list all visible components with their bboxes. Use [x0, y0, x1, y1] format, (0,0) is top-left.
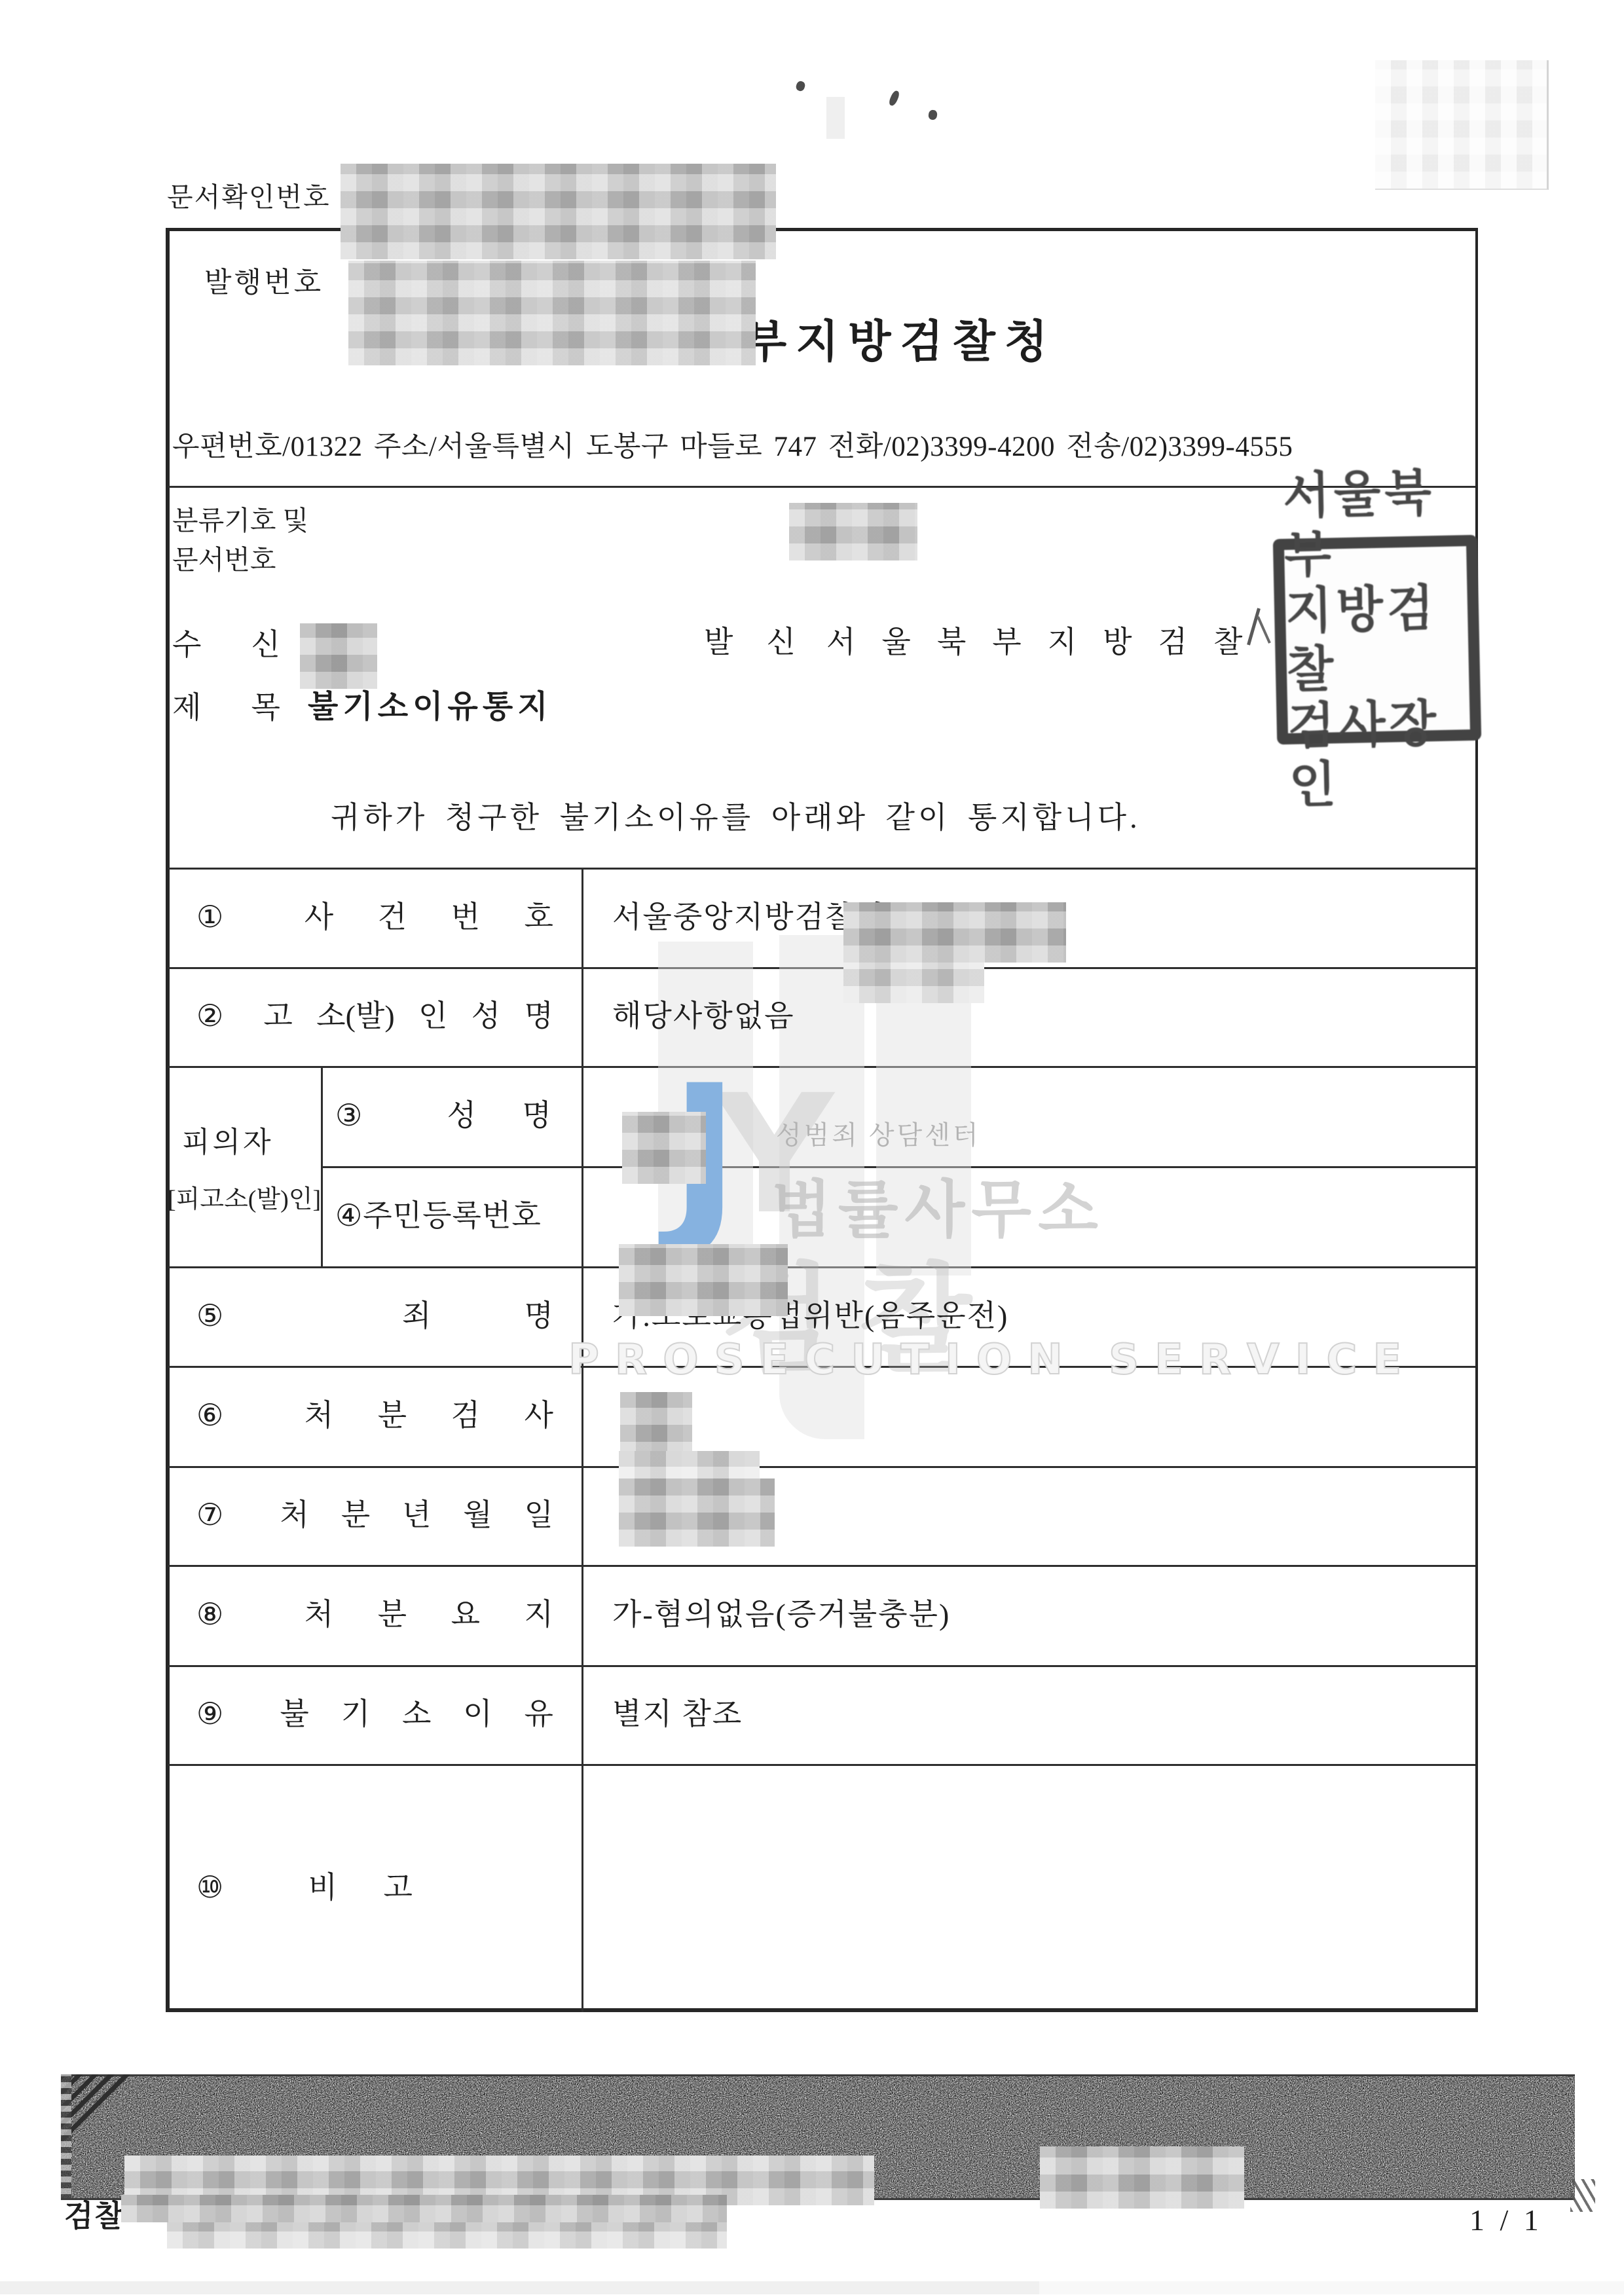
sender-label: 발 신: [704, 618, 796, 661]
redacted-document-date: [789, 503, 917, 560]
redacted-issue-number: [348, 261, 756, 365]
redacted-suspect-name: [622, 1112, 706, 1184]
redacted-case-number: [843, 902, 1066, 963]
table-line: [168, 1466, 1475, 1468]
office-address-line: 우편번호/01322 주소/서울특별시 도봉구 마들로 747 전화/02)33…: [172, 424, 1293, 464]
redacted-case-number-tail: [843, 963, 984, 1003]
row-label-disposition-prosecutor: ⑥ 처 분 검 사: [196, 1394, 553, 1437]
row-label-resident-number: ④주민등록번호: [335, 1194, 542, 1238]
redacted-receiver-name: [300, 623, 377, 689]
row-label-offense-name: ⑤ 죄 명: [196, 1294, 553, 1338]
suspect-group-sublabel: [피고소(발)인]: [168, 1179, 321, 1215]
table-line: [168, 1764, 1475, 1766]
scan-smudge: [826, 97, 845, 139]
watermark-prosecution-service: PROSECUTION SERVICE: [568, 1336, 1417, 1384]
redacted-doc-verify-number: [341, 164, 776, 259]
suspect-group-label: 피의자: [182, 1118, 274, 1160]
redacted-block-top-right: [1375, 60, 1549, 190]
disposition-summary-value: 가-혐의없음(증거불충분): [612, 1593, 950, 1636]
stamp-text-line1: 서울북부: [1282, 464, 1467, 585]
redacted-footer-code-line2: [167, 2222, 727, 2249]
scanned-document-page: 문서확인번호 2 발행번호 서울북부지방검찰청 우편번호/01322 주소/서울…: [0, 0, 1624, 2295]
stamp-text-line3: 검사장인: [1287, 694, 1472, 815]
classification-label-line2: 문서번호: [172, 538, 276, 577]
page-indicator: 1 / 1: [1469, 2203, 1543, 2237]
official-seal-stamp: 서울북부 지방검찰 검사장인: [1273, 535, 1482, 744]
nonprosecution-reason-value: 별지 참조: [612, 1693, 743, 1736]
row-label-complainant-name: ② 고 소(발) 인 성 명: [196, 995, 553, 1038]
sender-value: 서울북부지방검찰: [826, 618, 1269, 661]
receiver-label: 수 신: [172, 621, 280, 664]
stamp-text-line2: 지방검찰: [1285, 579, 1469, 700]
subject-label: 제 목: [172, 684, 280, 727]
scan-speck: [888, 90, 901, 107]
redacted-resident-number: [619, 1244, 788, 1316]
suspect-cell-divider: [321, 1066, 323, 1266]
row-label-disposition-summary: ⑧ 처 분 요 지: [196, 1593, 553, 1636]
row-label-remarks: ⑩ 비 고: [196, 1866, 413, 1909]
table-line: [168, 868, 1475, 870]
notice-sentence: 귀하가 청구한 불기소이유를 아래와 같이 통지합니다.: [331, 794, 1141, 837]
table-line: [168, 1665, 1475, 1667]
classification-label-line1: 분류기호 및: [172, 499, 308, 538]
page-bottom-shadow-strip: [0, 2281, 1624, 2294]
redacted-disposition-date: [619, 1478, 775, 1547]
header-divider-line: [168, 486, 1475, 488]
redacted-prosecutor-name: [620, 1392, 692, 1459]
band-end-marks: [1570, 2179, 1595, 2212]
redacted-band-right: [1040, 2146, 1244, 2209]
complainant-name-value: 해당사항없음: [612, 995, 795, 1038]
band-left-edge: [61, 2074, 71, 2200]
issue-number-label: 발행번호: [204, 261, 323, 301]
table-column-divider: [581, 868, 583, 2012]
doc-verify-label: 문서확인번호: [167, 175, 331, 214]
watermark-counsel-center-text: 성범죄 상담센터: [776, 1114, 980, 1152]
row-label-suspect-name: ③ 성 명: [335, 1094, 551, 1137]
row-label-case-number: ① 사 건 번 호: [196, 896, 553, 939]
redacted-footer-code: [121, 2195, 727, 2222]
scan-speck: [928, 109, 938, 120]
scan-speck: [795, 80, 806, 92]
row-label-disposition-date: ⑦ 처 분 년 월 일: [196, 1494, 553, 1537]
table-line: [168, 1565, 1475, 1567]
row-label-nonprosecution-reason: ⑨ 불 기 소 이 유: [196, 1693, 553, 1736]
